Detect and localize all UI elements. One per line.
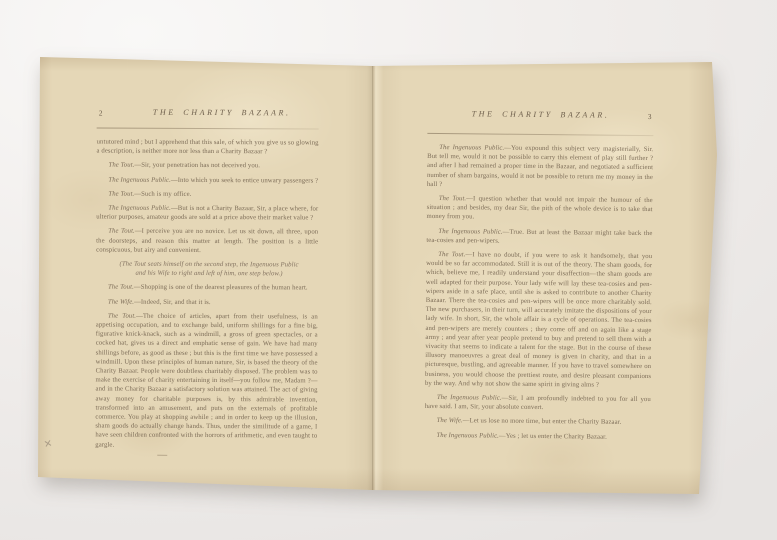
right-page-body: The Ingenuous Public.—You expound this s… [424,143,653,447]
paragraph-text: —Let us lose no more time, but enter the… [463,418,622,427]
paragraph: The Ingenuous Public.—But is not a Chari… [96,204,318,223]
left-page: 2 THE CHARITY BAZAAR. untutored mind ; b… [95,106,319,457]
speaker-label: The Ingenuous Public. [439,144,504,152]
running-header: THE CHARITY BAZAAR. [111,108,333,118]
paper-edge-right [688,0,718,540]
paragraph: The Tout.—I question whether that would … [427,194,653,224]
paragraph-text: —Shopping is one of the dearest pleasure… [134,284,308,292]
speaker-label: The Tout. [108,228,135,235]
paragraph-text: —Sir, your penetration has not deceived … [134,162,260,170]
center-fold [345,55,403,497]
running-header: THE CHARITY BAZAAR. [428,109,654,120]
paragraph-text: —Indeed, Sir, and that it is. [134,298,211,305]
center-fold-crease [372,60,373,492]
speaker-label: The Wife. [108,298,134,305]
speaker-label: The Ingenuous Public. [437,394,502,402]
page-number: 3 [648,112,652,121]
paragraph: The Tout.—I have no doubt, if you were t… [425,250,652,390]
pamphlet-spread: 2 THE CHARITY BAZAAR. untutored mind ; b… [0,0,777,540]
speaker-label: The Tout. [108,312,136,319]
end-ornament [157,455,167,456]
speaker-label: The Ingenuous Public. [438,228,502,236]
paragraph-text: untutored mind ; but I apprehend that th… [97,139,319,156]
paragraph-text: —Such is my office. [134,190,191,197]
paragraph: The Tout.—Such is my office. [96,189,318,199]
stage-direction: (The Tout seats himself on the second st… [116,260,302,279]
paragraph: The Tout.—Sir, your penetration has not … [96,161,318,171]
paragraph: The Tout.—I perceive you are no novice. … [96,227,318,256]
paragraph: The Ingenuous Public.—True. But at least… [426,227,652,248]
speaker-label: The Tout. [439,195,467,202]
left-page-header: 2 THE CHARITY BAZAAR. [97,106,319,129]
paragraph-text: —The choice of articles, apart from thei… [95,313,318,449]
paragraph-text: —I have no doubt, if you were to ask it … [425,251,652,388]
speaker-label: The Ingenuous Public. [108,205,171,212]
speaker-label: The Ingenuous Public. [436,432,499,440]
paragraph: untutored mind ; but I apprehend that th… [97,138,319,157]
paragraph-text: (The Tout seats himself on the second st… [120,261,299,278]
pamphlet-shadow: 2 THE CHARITY BAZAAR. untutored mind ; b… [0,0,777,540]
paragraph: The Ingenuous Public.—Yes ; let us enter… [424,431,650,442]
paragraph: The Ingenuous Public.—You expound this s… [427,143,653,191]
speaker-label: The Tout. [108,284,134,291]
page-number: 2 [99,109,103,118]
paragraph: The Ingenuous Public.—Sir, I am profound… [425,393,651,414]
paragraph: The Ingenuous Public.—Into which you see… [96,175,318,185]
left-page-body: untutored mind ; but I apprehend that th… [95,138,318,457]
speaker-label: The Ingenuous Public. [108,176,170,183]
paragraph: The Tout.—Shopping is one of the dearest… [96,283,318,293]
paragraph: The Wife.—Indeed, Sir, and that it is. [96,297,318,307]
speaker-label: The Tout. [108,162,134,169]
speaker-label: The Tout. [438,251,465,258]
speaker-label: The Wife. [437,418,463,425]
paper-edge-left [36,0,52,540]
speaker-label: The Tout. [108,190,134,197]
right-page: THE CHARITY BAZAAR. 3 The Ingenuous Publ… [424,107,653,447]
right-page-header: THE CHARITY BAZAAR. 3 [427,107,653,135]
paragraph: The Tout.—The choice of articles, apart … [95,311,318,450]
paragraph-text: —Yes ; let us enter the Charity Bazaar. [499,432,607,440]
paragraph-text: —Into which you seek to entice unwary pa… [171,176,318,184]
photo-background: 2 THE CHARITY BAZAAR. untutored mind ; b… [0,0,777,540]
paragraph: The Wife.—Let us lose no more time, but … [425,416,651,427]
